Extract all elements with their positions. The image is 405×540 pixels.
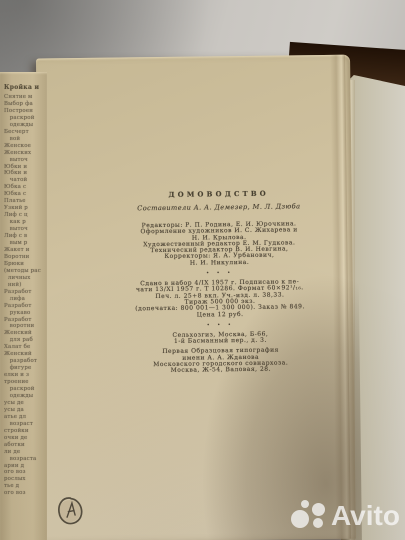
contents-line: личных xyxy=(4,275,47,282)
contents-text-column: Кройка и Снятие мВыбор фаПостроен раскро… xyxy=(4,84,47,497)
ink-stamp-mark xyxy=(54,494,86,528)
editors-block: Редакторы: Р. П. Родина, Е. И. Юрочкина.… xyxy=(88,221,351,268)
contents-line: Воротни xyxy=(4,254,47,261)
book-product-photo: ДОМОВОДСТВО Составители А. А. Демезер, М… xyxy=(0,0,405,540)
contents-line: возраста xyxy=(4,456,47,463)
contents-line: Лиф с в xyxy=(4,233,47,240)
contents-line: Женских xyxy=(4,150,47,157)
contents-line: Разработ xyxy=(4,317,47,324)
book-title: ДОМОВОДСТВО xyxy=(88,189,350,200)
contents-line: лифа xyxy=(4,296,47,303)
contents-line: ли де xyxy=(4,449,47,456)
avito-dot xyxy=(313,518,323,528)
contents-line: одежды xyxy=(4,393,47,400)
contents-line: раскрой xyxy=(4,386,47,393)
contents-line: (методы рас xyxy=(4,268,47,275)
contents-line: Выбор фа xyxy=(4,101,47,108)
contents-line: аботки xyxy=(4,442,47,449)
contents-line: Разработ xyxy=(4,303,47,310)
avito-dot xyxy=(312,503,325,516)
contents-line: атье дл xyxy=(4,414,47,421)
contents-heading: Кройка и xyxy=(4,84,47,91)
contents-line: ого воз xyxy=(4,469,47,476)
contents-line: ого воз xyxy=(4,490,47,497)
contents-fragments: Снятие мВыбор фаПостроен раскрой одеждыБ… xyxy=(4,94,47,497)
contents-line: стройки xyxy=(4,428,47,435)
contents-line: Жакет и xyxy=(4,247,47,254)
contents-line: возраст xyxy=(4,421,47,428)
contents-line: Женское xyxy=(4,143,47,150)
contents-line: тье д xyxy=(4,483,47,490)
avito-watermark: Avito xyxy=(291,499,400,532)
contents-line: раскрой xyxy=(4,115,47,122)
contents-line: Снятие м xyxy=(4,94,47,101)
contents-line: усы да xyxy=(4,407,47,414)
contents-line: очки де xyxy=(4,435,47,442)
contents-line: фигуре xyxy=(4,365,47,372)
compilers-line: Составители А. А. Демезер, М. Л. Дзюба xyxy=(88,202,350,213)
contents-line: Бесчерт xyxy=(4,129,47,136)
contents-line: Лиф с ц xyxy=(4,212,47,219)
contents-line: рукаво xyxy=(4,310,47,317)
contents-line: вым р xyxy=(4,240,47,247)
contents-line: елки и з xyxy=(4,372,47,379)
contents-line: вой xyxy=(4,136,47,143)
colophon-page: ДОМОВОДСТВО Составители А. А. Демезер, М… xyxy=(36,55,356,540)
contents-line: одежды xyxy=(4,122,47,129)
contents-line: троение xyxy=(4,379,47,386)
contents-line: арии д xyxy=(4,463,47,470)
contents-line: как р xyxy=(4,219,47,226)
contents-line: выточ xyxy=(4,157,47,164)
contents-line: Разработ xyxy=(4,289,47,296)
avito-dot xyxy=(291,510,309,528)
contents-line: ний) xyxy=(4,282,47,289)
contents-line: Построен xyxy=(4,108,47,115)
contents-line: Брюки xyxy=(4,261,47,268)
contents-line: усы де xyxy=(4,400,47,407)
avito-wordmark: Avito xyxy=(331,500,400,532)
avito-logo-icon xyxy=(291,499,326,532)
contents-line: рослых xyxy=(4,476,47,483)
contents-page-strip: Кройка и Снятие мВыбор фаПостроен раскро… xyxy=(0,72,47,540)
avito-dot xyxy=(301,500,309,508)
